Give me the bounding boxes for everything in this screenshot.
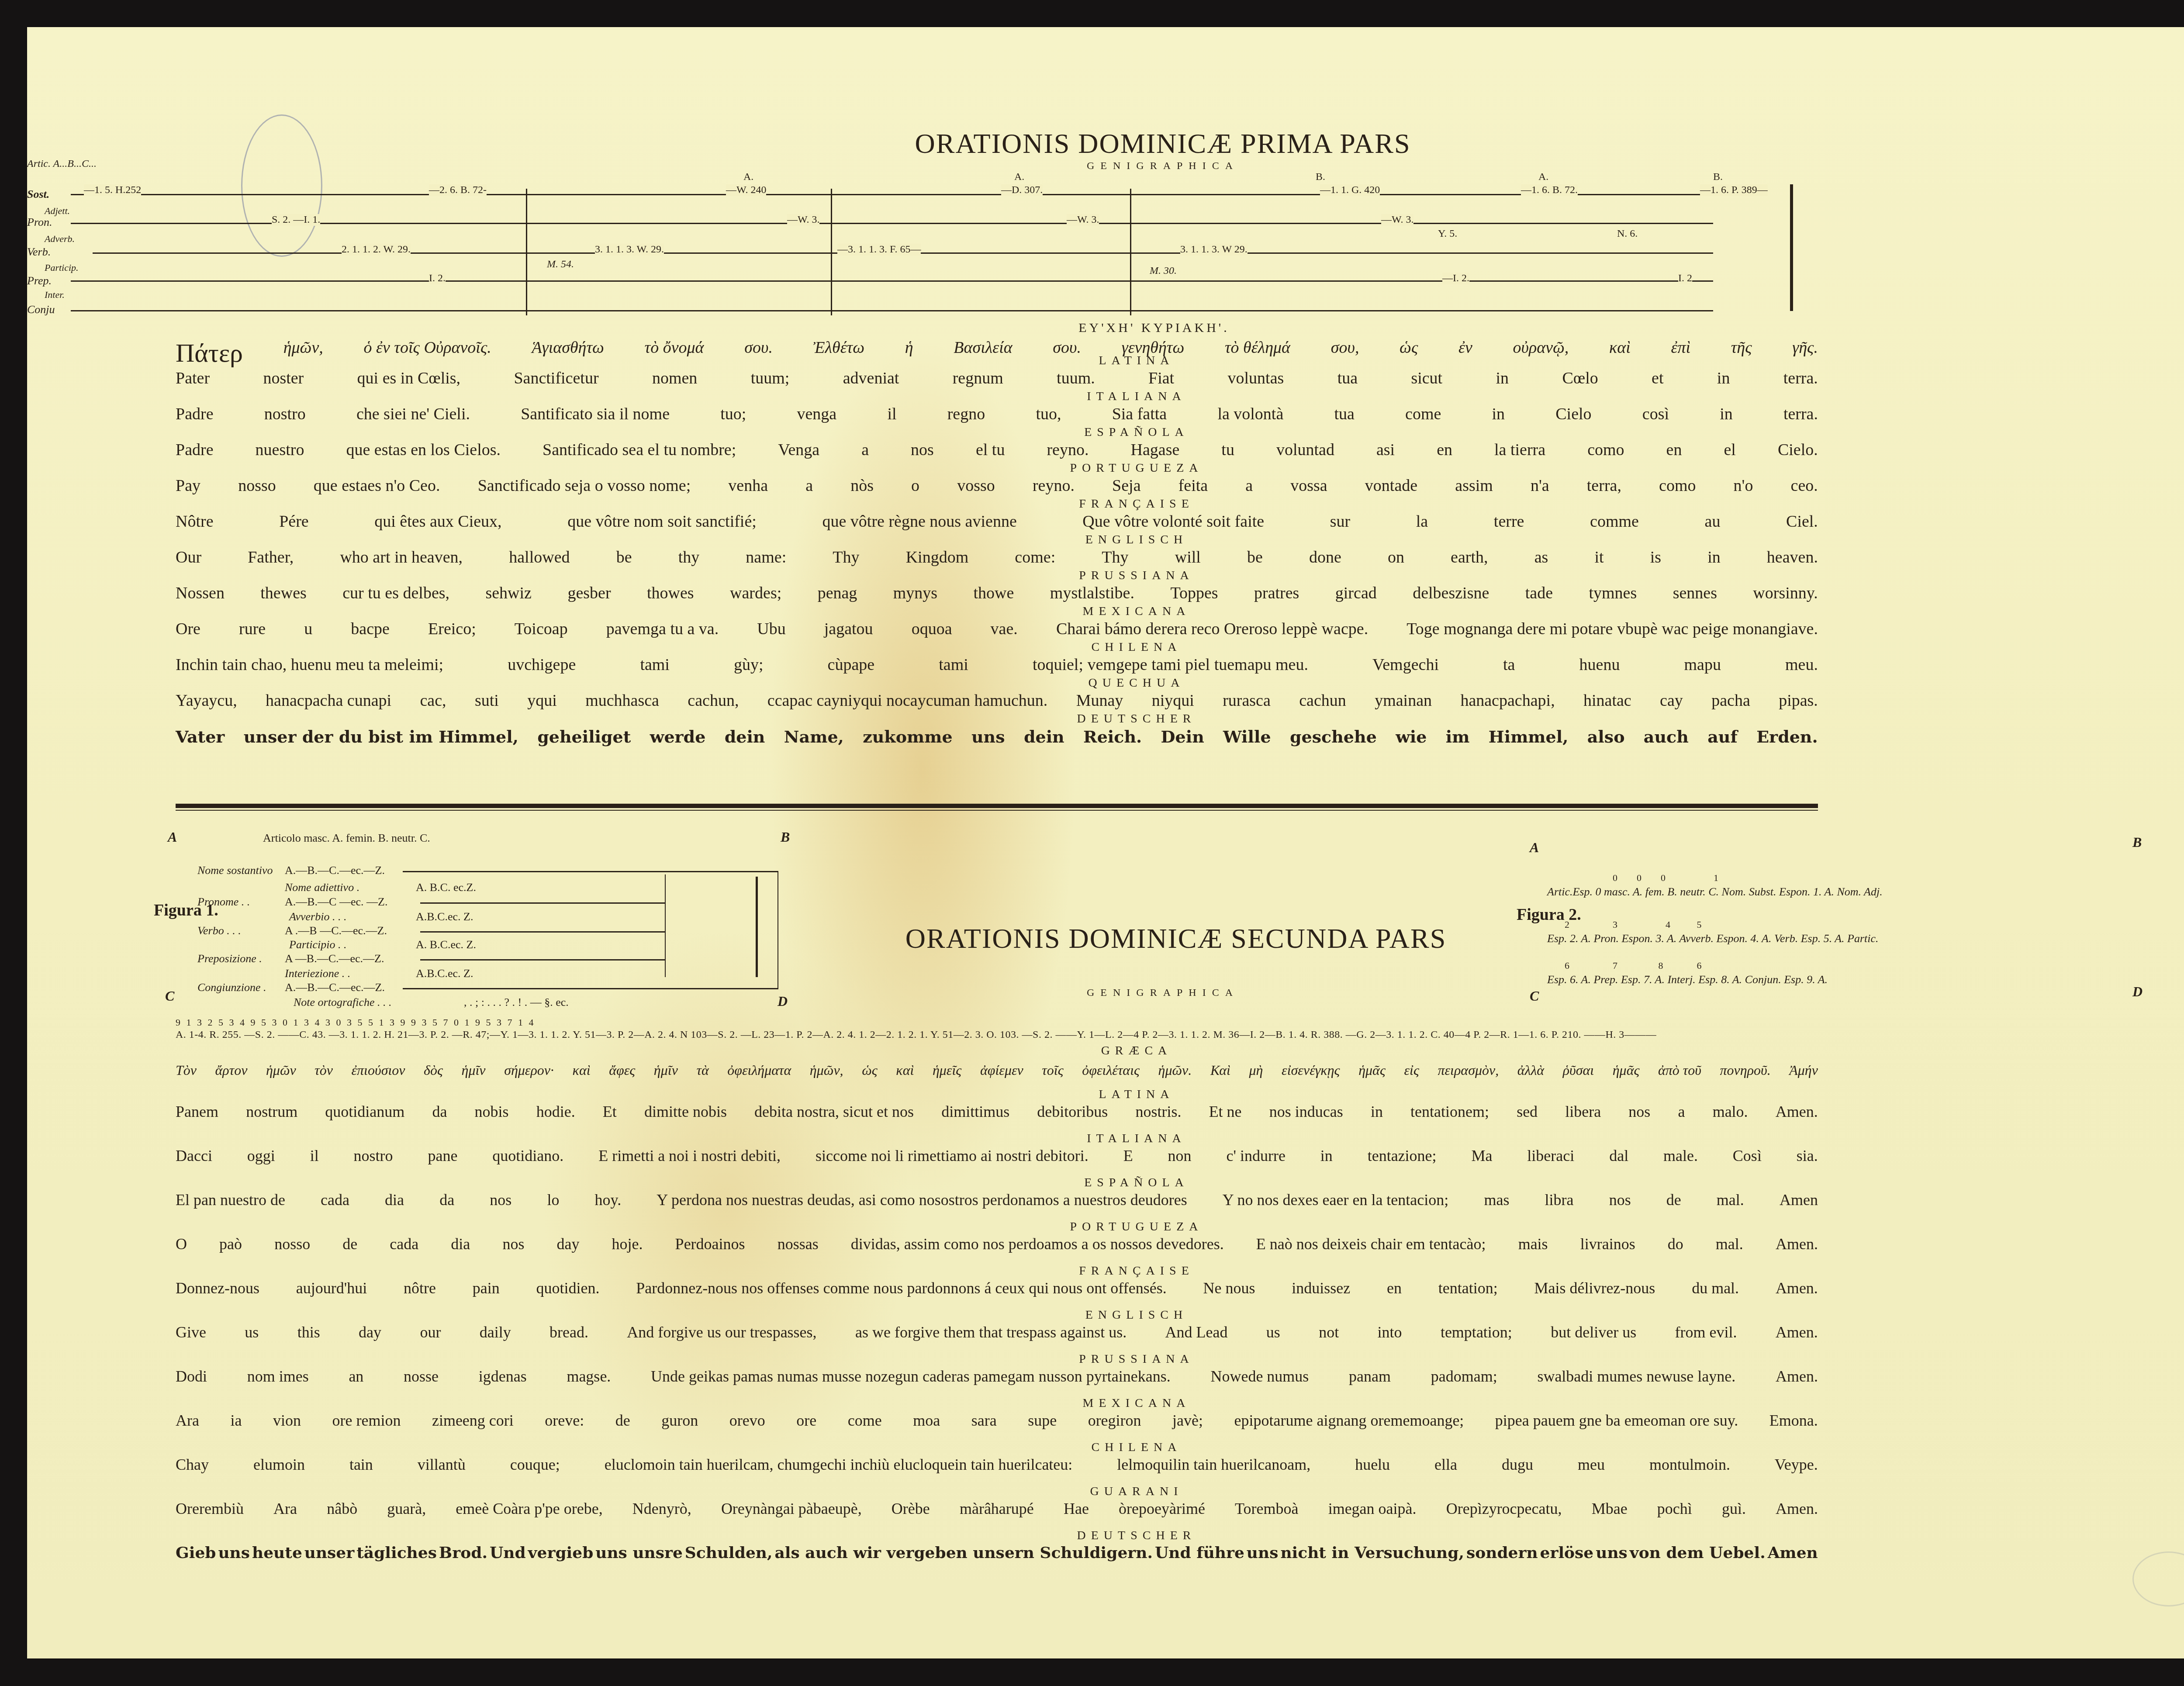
word: nos (911, 440, 934, 460)
language-heading-portugueza: PORTUGUEZA (27, 461, 2184, 475)
figura-2-line: Esp. 2. A. Pron. Espon. 3. A. Avverb. Es… (1547, 932, 1879, 945)
translation-row-prussiana: Dodinom imesannosseigdenasmagse.Unde gei… (176, 1367, 1818, 1385)
figura-code: A.—B.—C —ec. —Z. (285, 895, 387, 909)
word: sed (1517, 1102, 1538, 1121)
figura-2-line: Esp. 6. A. Prep. Esp. 7. A. Interj. Esp.… (1547, 973, 1828, 986)
word: bacpe (351, 619, 390, 639)
word: Τὸν (176, 1062, 197, 1078)
word: uns (971, 727, 1005, 746)
word: τὸν (314, 1062, 333, 1078)
word: E (1123, 1147, 1133, 1165)
word: il (887, 404, 896, 424)
row-label-sost: Sost. (27, 188, 49, 201)
word: toquiel; vemgepe tami piel tuemapu meu. (1033, 655, 1308, 674)
word: not (1319, 1323, 1339, 1341)
word: Santificado sea el tu nombre; (543, 440, 736, 460)
translation-row-guarani: OrerembiùAranâbòguarà,emeè Coàra p'pe or… (176, 1499, 1818, 1518)
word: nostris. (1135, 1102, 1181, 1121)
figura-code: A.B.C.ec. Z. (416, 967, 473, 980)
word: vossa (1290, 476, 1327, 495)
word: E naò nos deixeis chair em tentacào; (1256, 1235, 1486, 1253)
word: Name, (784, 727, 844, 746)
diagram-line (71, 310, 1713, 311)
language-heading-quechua: QUECHUA (27, 676, 2184, 690)
word: εἰσενέγκῃς (1282, 1062, 1340, 1078)
word: tua (1334, 404, 1354, 424)
word: Amen (1780, 1191, 1818, 1209)
code: A. (743, 171, 753, 183)
word: Ndenyrò, (632, 1499, 691, 1518)
word: que vôtre nom soit sanctifié; (567, 512, 757, 531)
corner-letter-c: C (1530, 988, 1539, 1004)
word: nomen (652, 369, 697, 388)
row-label-artic: Artic. A...B...C... (27, 158, 97, 170)
word: liberaci (1527, 1147, 1574, 1165)
figura-line (403, 871, 778, 872)
code: 3. 1. 1. 3. W 29. (1180, 244, 1248, 256)
part1-greek-heading: ΕΥ'ΧΗ' ΚΥΡΙΑΚΗ'. (1023, 321, 1285, 335)
word: dein (1024, 727, 1064, 746)
row-label-prep: Prep. (27, 274, 52, 287)
word: la (1416, 512, 1428, 531)
word: Oreynàngai pàbaeupè, (721, 1499, 862, 1518)
word: Mais délivrez-nous (1534, 1279, 1655, 1297)
code: 3. 1. 1. 3. W. 29. (595, 244, 664, 256)
word: il (310, 1147, 319, 1165)
word: Toppes (1170, 584, 1218, 603)
translation-row-française: NôtrePérequi êtes aux Cieux,que vôtre no… (176, 512, 1818, 531)
figura-1-header: Articolo masc. A. femin. B. neutr. C. (263, 832, 430, 845)
figura-2-line: Artic.Esp. 0 masc. A. fem. B. neutr. C. … (1547, 885, 1883, 898)
translation-row-italiana: Daccioggiilnostropanequotidiano.E rimett… (176, 1147, 1818, 1165)
language-heading-chilena: CHILENA (27, 640, 2184, 654)
figura-code: A —B.—C.—ec.—Z. (285, 952, 384, 965)
translation-row-latina: Panemnostrumquotidianumdanobishodie.Etdi… (176, 1102, 1818, 1121)
word: tymnes (1589, 584, 1637, 603)
code: —3. 1. 1. 3. F. 65— (837, 244, 921, 256)
word: debita nostra, sicut et nos (754, 1102, 914, 1121)
word: ella (1434, 1455, 1457, 1474)
code: S. 2. —I. 1. (272, 214, 320, 226)
word: dividas, assim como nos perdoamos a os n… (851, 1235, 1224, 1253)
word: regnum (953, 369, 1003, 388)
word: pipas. (1779, 691, 1818, 710)
word: Santificato sia il nome (521, 404, 670, 424)
word: come (848, 1411, 882, 1430)
language-heading-englisch: ENGLISCH (27, 533, 2184, 547)
word: venha (728, 476, 768, 495)
word: dal (1609, 1147, 1628, 1165)
language-heading-chilena: CHILENA (27, 1441, 2184, 1455)
word: vontade (1365, 476, 1417, 495)
word: erlöse (1540, 1544, 1594, 1562)
word: And forgive us our trespasses, (627, 1323, 816, 1341)
word: ἡμεῖς (933, 1062, 961, 1078)
word: im (1446, 727, 1470, 746)
word: mal. (1717, 1191, 1744, 1209)
word: sara (971, 1411, 997, 1430)
word: de (1666, 1191, 1681, 1209)
word: in (1371, 1102, 1383, 1121)
word: Schulden, (685, 1544, 773, 1562)
word: πονηροῦ. (1720, 1062, 1771, 1078)
word: rurasca (1223, 691, 1271, 710)
word: heaven. (1767, 548, 1818, 567)
word: Y perdona nos nuestras deudas, asi como … (657, 1191, 1187, 1209)
word: sia. (1797, 1147, 1818, 1165)
word: Ne nous (1203, 1279, 1255, 1297)
figura-line (403, 988, 778, 989)
word: Que vôtre volonté soit faite (1082, 512, 1264, 531)
figura-line (420, 959, 665, 960)
word: Amen. (1776, 1499, 1818, 1518)
word: sur (1330, 512, 1350, 531)
word: Dacci (176, 1147, 212, 1165)
word: thewes (260, 584, 307, 603)
word: orevo (729, 1411, 765, 1430)
code: —1. 6. P. 389— (1700, 184, 1768, 196)
word: penag (818, 584, 857, 603)
diagram-divider (1130, 189, 1131, 315)
word: nâbò (327, 1499, 357, 1518)
word: zukomme (863, 727, 952, 746)
code: —1. 6. B. 72. (1521, 184, 1578, 196)
word: tain (349, 1455, 373, 1474)
figura-item-verbo: Verbo . . . (197, 924, 241, 937)
word: Amen. (1776, 1279, 1818, 1297)
word: Vemgechi (1372, 655, 1439, 674)
translation-row-latina: Paternosterqui es in Cœlis,Sanctificetur… (176, 369, 1818, 388)
row-label-inter: Inter. (45, 289, 65, 301)
word: Wille (1223, 727, 1271, 746)
word: oreve: (545, 1411, 584, 1430)
word: into (1378, 1323, 1402, 1341)
word: feita (1178, 476, 1208, 495)
word: Thy (1102, 548, 1128, 567)
word: Charai bámo derera reco Oreroso leppè wa… (1056, 619, 1368, 639)
word: male. (1663, 1147, 1698, 1165)
word: u (304, 619, 312, 639)
word: as (1534, 548, 1548, 567)
library-stamp (241, 114, 322, 257)
word: Und führe (1155, 1544, 1244, 1562)
word: earth, (1451, 548, 1488, 567)
word: a (805, 476, 813, 495)
word: Pére (279, 512, 309, 531)
word: from evil. (1675, 1323, 1737, 1341)
figura-divider (756, 877, 758, 977)
word: aujourd'hui (296, 1279, 367, 1297)
translation-row-italiana: Padrenostroche siei ne' Cieli.Santificat… (176, 404, 1818, 424)
translation-row-deutscher: Vaterunser der du bist im Himmel,geheili… (176, 727, 1818, 746)
word: vosso (957, 476, 995, 495)
word: ῥῦσαι (1563, 1062, 1594, 1078)
part1-title: ORATIONIS DOMINICÆ PRIMA PARS (857, 128, 1469, 160)
word: que vôtre règne nous avienne (822, 512, 1016, 531)
word: magse. (567, 1367, 611, 1385)
corner-letter-b: B (781, 829, 790, 845)
word: adveniat (843, 369, 899, 388)
word: O (176, 1235, 187, 1253)
corner-letter-a: A (1530, 840, 1539, 856)
code: A. (1014, 171, 1024, 183)
word: Ore (176, 619, 200, 639)
word: Dodi (176, 1367, 207, 1385)
word: Nôtre (176, 512, 214, 531)
figura-2-superscripts: 2 3 4 5 (1565, 919, 1702, 930)
word: E rimetti a noi i nostri debiti, (598, 1147, 781, 1165)
word: Kingdom (906, 548, 969, 567)
translation-row-française: Donnez-nousaujourd'huinôtrepainquotidien… (176, 1279, 1818, 1297)
word: hinatac (1583, 691, 1631, 710)
word: in (1707, 548, 1721, 567)
word: Perdoainos (675, 1235, 745, 1253)
translation-row-chilena: Inchin tain chao, huenu meu ta meleimi;u… (176, 655, 1818, 674)
figura-code: A. B.C.ec. Z. (416, 938, 476, 951)
word: da (439, 1191, 454, 1209)
word: nobis (475, 1102, 509, 1121)
translation-row-española: Padrenuestroque estas en los Cielos.Sant… (176, 440, 1818, 460)
word: yqui (527, 691, 557, 710)
word: werde (650, 727, 706, 746)
word: ὀφειλήματα (727, 1062, 791, 1078)
word: auf (1707, 727, 1738, 746)
word: como (1659, 476, 1696, 495)
word: von dem Uebel. (1630, 1544, 1766, 1562)
word: bread. (549, 1323, 588, 1341)
word: Pardonnez-nous nos offenses comme nous p… (636, 1279, 1166, 1297)
diagram-line (71, 194, 1713, 195)
word: igdenas (479, 1367, 527, 1385)
word: is (1650, 548, 1661, 567)
word: cùpape (828, 655, 875, 674)
word: paò (219, 1235, 242, 1253)
word: n'a (1531, 476, 1549, 495)
word: ἀπὸ τοῦ (1658, 1062, 1701, 1078)
word: Mbae (1592, 1499, 1628, 1518)
word: ceo. (1791, 476, 1818, 495)
word: emeè Coàra p'pe orebe, (456, 1499, 602, 1518)
word: as we forgive them that trespass against… (855, 1323, 1127, 1341)
row-label-particip: Particip. (45, 262, 79, 273)
word: javè; (1172, 1411, 1203, 1430)
word: el tu (976, 440, 1005, 460)
translation-row-englisch: OurFather,who art in heaven,hallowedbeth… (176, 548, 1818, 567)
word: nos (1628, 1102, 1650, 1121)
word: reyno. (1047, 440, 1089, 460)
word: uns unsre (595, 1544, 683, 1562)
word: a (861, 440, 869, 460)
word: que estas en los Cielos. (346, 440, 501, 460)
word: siccome noi li rimettiamo ai nostri debi… (816, 1147, 1089, 1165)
word: Reich. (1083, 727, 1142, 746)
part2-title: ORATIONIS DOMINICÆ SECUNDA PARS (848, 922, 1503, 955)
word: nos (1609, 1191, 1631, 1209)
code: N. 6. (1617, 228, 1638, 240)
figura-item-congiunzione: Congiunzione . (197, 981, 266, 994)
corner-letter-c: C (165, 988, 174, 1004)
part2-subtitle: GENIGRAPHICA (1054, 987, 1272, 999)
word: Dein (1161, 727, 1204, 746)
word: Amen. (1776, 1367, 1818, 1385)
word: gircad (1335, 584, 1377, 603)
word: hodie. (536, 1102, 575, 1121)
figura-code: A.—B.—C.—ec.—Z. (285, 864, 385, 877)
word: oregiron (1088, 1411, 1141, 1430)
word: ἀφίεμεν (980, 1062, 1023, 1078)
word: Ara (273, 1499, 297, 1518)
word: et (1652, 369, 1663, 388)
word: màrâharupé (960, 1499, 1034, 1518)
part2-greek-heading: GRÆCA (27, 1044, 2184, 1058)
word: tentation; (1438, 1279, 1498, 1297)
word: nôtre (404, 1279, 436, 1297)
word: πειρασμὸν, (1438, 1062, 1499, 1078)
word: mynys (893, 584, 937, 603)
word: ἐπιούσιον (351, 1062, 405, 1078)
language-heading-española: ESPAÑOLA (27, 425, 2184, 439)
row-label-verb: Verb. (27, 245, 51, 259)
word: dein (725, 727, 765, 746)
word: eluclomoin tain huerilcam, chumgechi inc… (605, 1455, 1073, 1474)
word: Cielo (1555, 404, 1591, 424)
figura-item-preposizione: Preposizione . (197, 952, 262, 965)
word: Sia fatta (1112, 404, 1167, 424)
word: Orèbe (892, 1499, 930, 1518)
word: que estaes n'o Ceo. (314, 476, 440, 495)
word: Panem (176, 1102, 218, 1121)
word: ore remion (332, 1411, 401, 1430)
word: libera (1565, 1102, 1601, 1121)
word: jagatou (824, 619, 873, 639)
word: geheiliget (537, 727, 631, 746)
word: geschehe (1290, 727, 1377, 746)
code: 2. 1. 1. 2. W. 29. (342, 244, 411, 256)
word: Hae (1064, 1499, 1089, 1518)
figura-divider (778, 872, 778, 988)
word: tentazione; (1368, 1147, 1437, 1165)
word: delbeszisne (1413, 584, 1489, 603)
word: Et ne (1209, 1102, 1242, 1121)
word: tägliches (356, 1544, 437, 1562)
word: guron (661, 1411, 698, 1430)
word: Orerembiù (176, 1499, 244, 1518)
code: —I. 2. (1442, 273, 1469, 284)
corner-letter-d: D (2132, 984, 2143, 1000)
word: niyqui (1152, 691, 1194, 710)
translation-row-prussiana: Nossenthewescur tu es delbes,sehwizgesbe… (176, 584, 1818, 603)
word: nostrum (246, 1102, 297, 1121)
word: meu (1578, 1455, 1605, 1474)
word: c' indurre (1226, 1147, 1285, 1165)
word: tade (1525, 584, 1553, 603)
word: suti (475, 691, 499, 710)
word: ἀλλὰ (1517, 1062, 1544, 1078)
word: terra, (1587, 476, 1621, 495)
code: —W. 3. (787, 214, 819, 226)
word: do (1668, 1235, 1683, 1253)
word: ἡμᾶς (1613, 1062, 1640, 1078)
word: Seja (1112, 476, 1140, 495)
word: worsinny. (1753, 584, 1818, 603)
word: muchhasca (585, 691, 659, 710)
section-divider-thin (176, 810, 1818, 811)
word: malo. (1713, 1102, 1748, 1121)
word: nos inducas (1269, 1102, 1343, 1121)
word: ὡς (862, 1062, 878, 1078)
word: mais (1518, 1235, 1548, 1253)
word: in (1492, 404, 1505, 424)
word: δὸς (424, 1062, 443, 1078)
word: Unde geikas pamas numas musse nozegun ca… (651, 1367, 1171, 1385)
code: B. (1713, 171, 1723, 183)
word: nicht in Versuchung, (1280, 1544, 1464, 1562)
language-heading-mexicana: MEXICANA (27, 605, 2184, 618)
word: Nowede numus (1210, 1367, 1309, 1385)
word: òrepoeyàrimé (1119, 1499, 1205, 1518)
word: vae. (991, 619, 1018, 639)
word: Chay (176, 1455, 209, 1474)
word: hoje. (612, 1235, 643, 1253)
section-divider (176, 804, 1818, 808)
word: our (420, 1323, 441, 1341)
word: en (1666, 440, 1682, 460)
word: reyno. (1033, 476, 1075, 495)
word: ὀφειλέταις (1082, 1062, 1140, 1078)
code: A. (1538, 171, 1548, 183)
word: καὶ (573, 1062, 591, 1078)
word: così (1642, 404, 1669, 424)
word: ἄφες (609, 1062, 635, 1078)
word: uns (1596, 1544, 1628, 1562)
code: Y. 5. (1438, 228, 1457, 240)
word: be (616, 548, 632, 567)
figura-item-interiezione: Interiezione . . (285, 967, 350, 980)
figura-item-note-ortografiche: Note ortografiche . . . (294, 996, 392, 1009)
language-heading-deutscher: DEUTSCHER (27, 712, 2184, 726)
word: la tierra (1494, 440, 1545, 460)
word: voluntas (1228, 369, 1284, 388)
word: σήμερον· (504, 1062, 554, 1078)
part1-subtitle: GENIGRAPHICA (1054, 160, 1272, 172)
word: quotidiano. (492, 1147, 563, 1165)
word: sehwiz (485, 584, 532, 603)
word: nòs (850, 476, 874, 495)
word: heute (252, 1544, 302, 1562)
word: nosso (238, 476, 276, 495)
word: Καὶ (1210, 1062, 1230, 1078)
word: quotidien. (536, 1279, 599, 1297)
word: huenu (1579, 655, 1620, 674)
word: du mal. (1692, 1279, 1739, 1297)
word: dugu (1502, 1455, 1533, 1474)
part2-code-superscripts: 9 1 3 2 5 3 4 9 5 3 0 1 3 4 3 0 3 5 5 1 … (176, 1017, 1835, 1028)
word: regno (947, 404, 985, 424)
figura-divider (665, 874, 666, 977)
figura-code: A.—B.—C.—ec.—Z. (285, 981, 385, 994)
word: Venga (778, 440, 819, 460)
word: hoy. (595, 1191, 622, 1209)
figura-code: , . ; : . . . ? . ! . — §. ec. (464, 996, 569, 1009)
word: nuestro (256, 440, 304, 460)
word: be (1247, 548, 1263, 567)
word: day (359, 1323, 381, 1341)
figura-item-nome-adiettivo: Nome adiettivo . (285, 881, 359, 894)
word: voluntad (1276, 440, 1334, 460)
word: ἡμῖν (654, 1062, 678, 1078)
code: M. 30. (1150, 265, 1177, 277)
word: el (1724, 440, 1735, 460)
